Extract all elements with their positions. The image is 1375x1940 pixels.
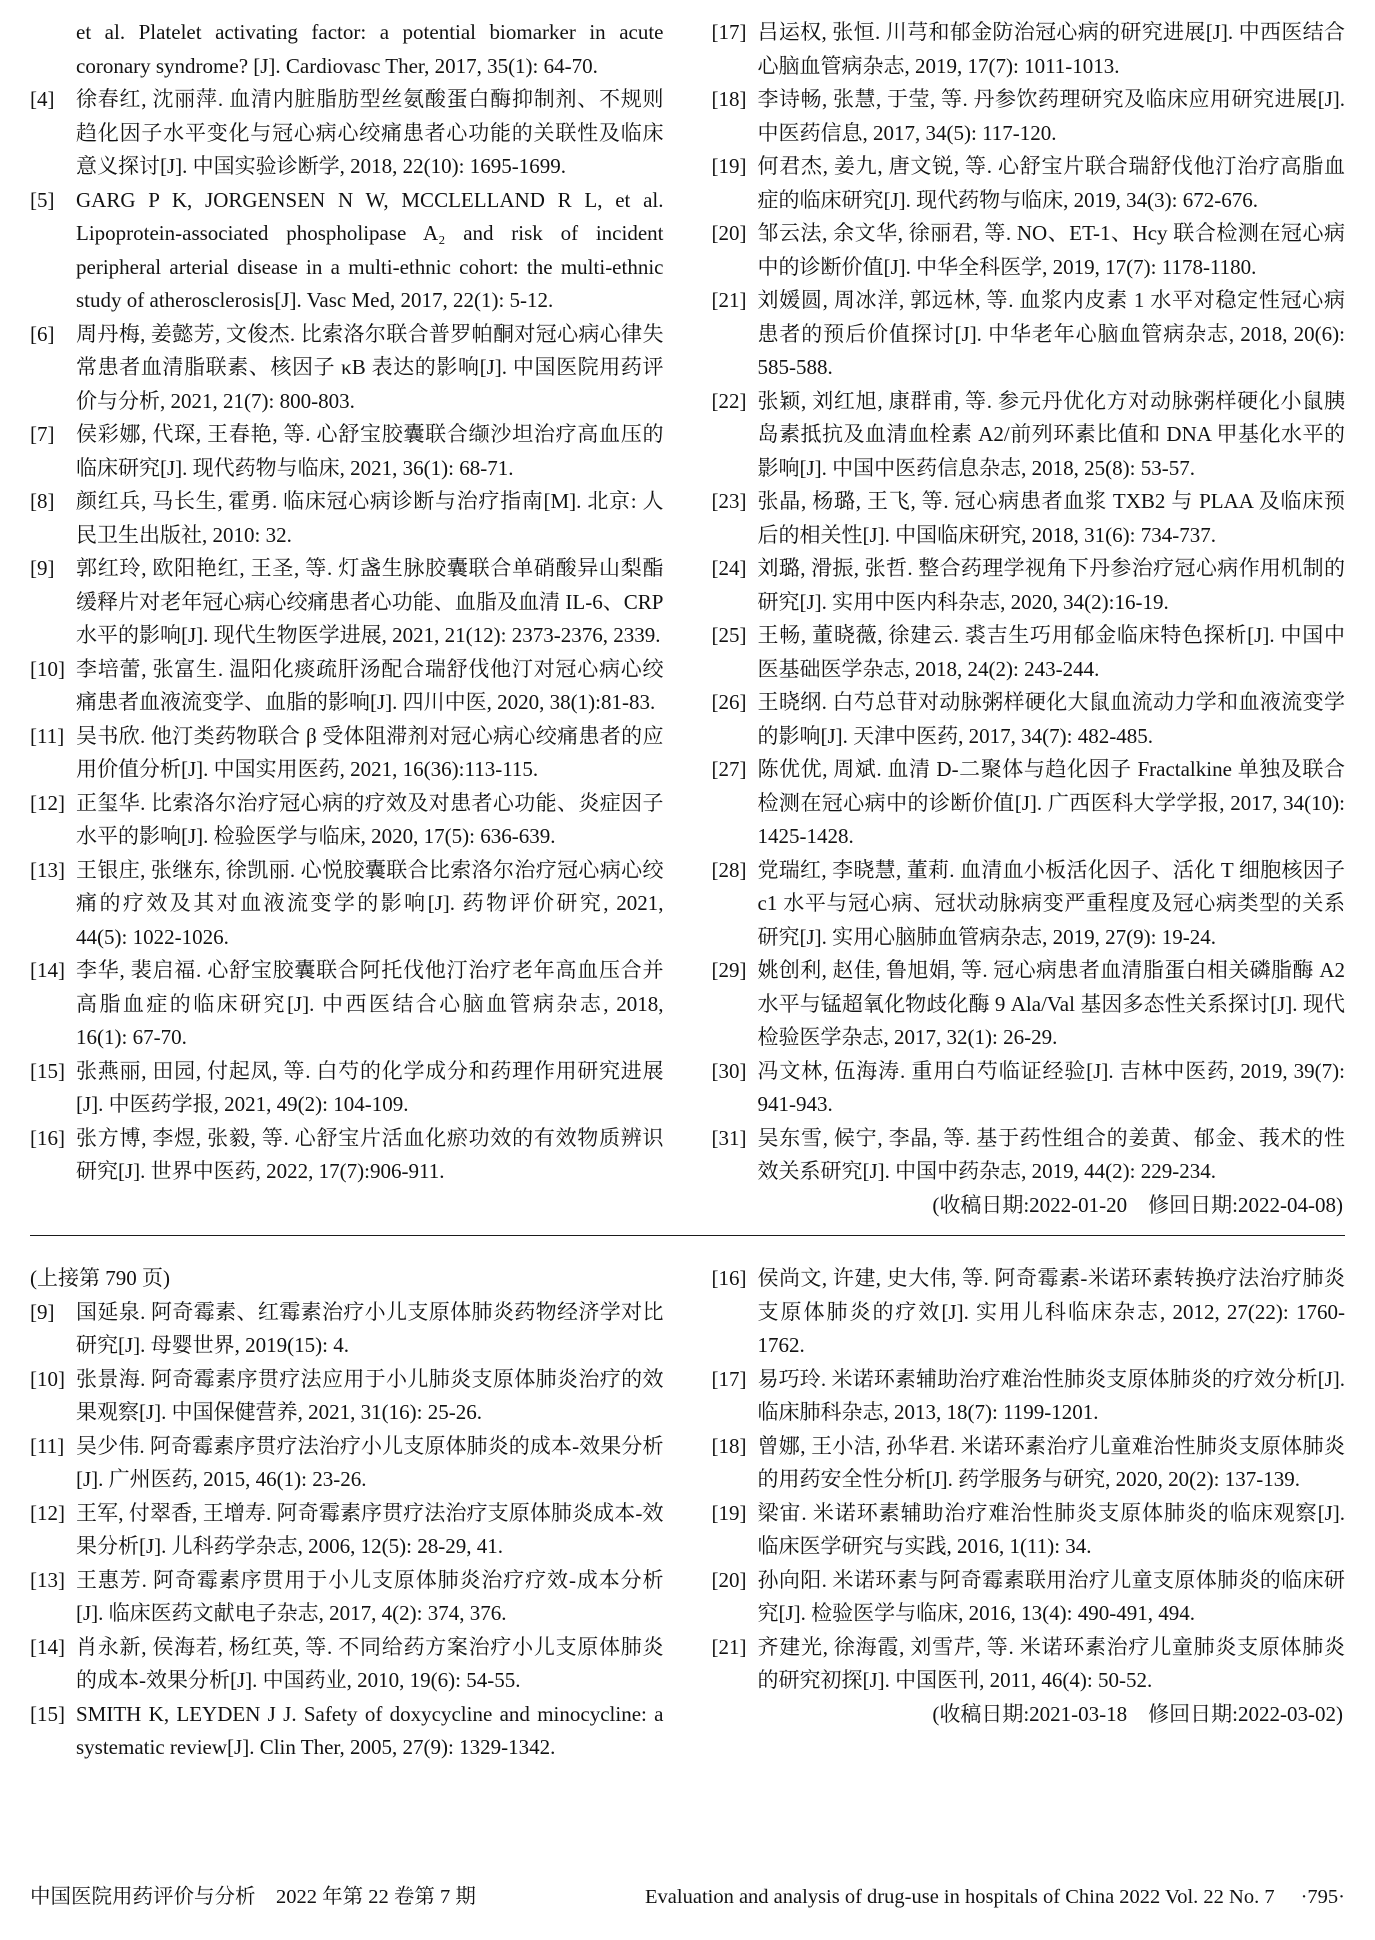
reference-number: [13] <box>30 1564 76 1598</box>
top-references-section: et al. Platelet activating factor: a pot… <box>30 16 1345 1222</box>
reference-item: [22] 张颖, 刘红旭, 康群甫, 等. 参元丹优化方对动脉粥样硬化小鼠胰岛素… <box>712 385 1346 486</box>
section-divider <box>30 1235 1345 1236</box>
reference-number: [25] <box>712 619 758 653</box>
reference-text: 侯彩娜, 代琛, 王春艳, 等. 心舒宝胶囊联合缬沙坦治疗高血压的临床研究[J]… <box>76 418 664 485</box>
reference-text: 党瑞红, 李晓慧, 董莉. 血清血小板活化因子、活化 T 细胞核因子 c1 水平… <box>758 854 1346 955</box>
reference-text: et al. Platelet activating factor: a pot… <box>76 16 664 83</box>
reference-number: [29] <box>712 954 758 988</box>
reference-text: 王晓纲. 白芍总苷对动脉粥样硬化大鼠血流动力学和血液流变学的影响[J]. 天津中… <box>758 686 1346 753</box>
reference-text: 刘媛圆, 周冰洋, 郭远林, 等. 血浆内皮素 1 水平对稳定性冠心病患者的预后… <box>758 284 1346 385</box>
reference-text: 郭红玲, 欧阳艳红, 王圣, 等. 灯盏生脉胶囊联合单硝酸异山梨酯缓释片对老年冠… <box>76 552 664 653</box>
reference-number: [24] <box>712 552 758 586</box>
reference-number: [27] <box>712 753 758 787</box>
reference-number: [10] <box>30 1363 76 1397</box>
reference-number: [21] <box>712 284 758 318</box>
reference-number: [10] <box>30 653 76 687</box>
reference-text: 梁宙. 米诺环素辅助治疗难治性肺炎支原体肺炎的临床观察[J]. 临床医学研究与实… <box>758 1497 1346 1564</box>
reference-number: [13] <box>30 854 76 888</box>
continued-from-note: (上接第 790 页) <box>30 1262 664 1296</box>
reference-item: [20] 孙向阳. 米诺环素与阿奇霉素联用治疗儿童支原体肺炎的临床研究[J]. … <box>712 1564 1346 1631</box>
reference-item: [17] 易巧玲. 米诺环素辅助治疗难治性肺炎支原体肺炎的疗效分析[J]. 临床… <box>712 1363 1346 1430</box>
reference-text: 姚创利, 赵佳, 鲁旭娟, 等. 冠心病患者血清脂蛋白相关磷脂酶 A2 水平与锰… <box>758 954 1346 1055</box>
reference-number: [21] <box>712 1631 758 1665</box>
reference-item: [12] 王军, 付翠香, 王增寿. 阿奇霉素序贯疗法治疗支原体肺炎成本-效果分… <box>30 1497 664 1564</box>
reference-number: [19] <box>712 1497 758 1531</box>
reference-number: [20] <box>712 1564 758 1598</box>
reference-item: [15] SMITH K, LEYDEN J J. Safety of doxy… <box>30 1698 664 1765</box>
reference-text: GARG P K, JORGENSEN N W, MCCLELLAND R L,… <box>76 184 664 318</box>
reference-number: [9] <box>30 1296 76 1330</box>
reference-item: [10] 张景海. 阿奇霉素序贯疗法应用于小儿肺炎支原体肺炎治疗的效果观察[J]… <box>30 1363 664 1430</box>
reference-item: [19] 何君杰, 姜九, 唐文锐, 等. 心舒宝片联合瑞舒伐他汀治疗高脂血症的… <box>712 150 1346 217</box>
reference-text: 颜红兵, 马长生, 霍勇. 临床冠心病诊断与治疗指南[M]. 北京: 人民卫生出… <box>76 485 664 552</box>
reference-text: 张方博, 李煜, 张毅, 等. 心舒宝片活血化瘀功效的有效物质辨识研究[J]. … <box>76 1122 664 1189</box>
footer-right-group: Evaluation and analysis of drug-use in h… <box>645 1882 1345 1912</box>
reference-text: 吴东雪, 候宁, 李晶, 等. 基于药性组合的姜黄、郁金、莪术的性效关系研究[J… <box>758 1122 1346 1189</box>
reference-item: [11] 吴少伟. 阿奇霉素序贯疗法治疗小儿支原体肺炎的成本-效果分析[J]. … <box>30 1430 664 1497</box>
reference-item: [10] 李培蕾, 张富生. 温阳化痰疏肝汤配合瑞舒伐他汀对冠心病心绞痛患者血液… <box>30 653 664 720</box>
reference-text: 冯文林, 伍海涛. 重用白芍临证经验[J]. 吉林中医药, 2019, 39(7… <box>758 1055 1346 1122</box>
top-left-column: et al. Platelet activating factor: a pot… <box>30 16 664 1189</box>
reference-text: 王军, 付翠香, 王增寿. 阿奇霉素序贯疗法治疗支原体肺炎成本-效果分析[J].… <box>76 1497 664 1564</box>
page-footer: 中国医院用药评价与分析 2022 年第 22 卷第 7 期 Evaluation… <box>30 1882 1345 1912</box>
reference-text: 张颖, 刘红旭, 康群甫, 等. 参元丹优化方对动脉粥样硬化小鼠胰岛素抵抗及血清… <box>758 385 1346 486</box>
reference-text: 张晶, 杨璐, 王飞, 等. 冠心病患者血浆 TXB2 与 PLAA 及临床预后… <box>758 485 1346 552</box>
reference-number: [6] <box>30 318 76 352</box>
reference-number: [20] <box>712 217 758 251</box>
received-revised-dates: (收稿日期:2021-03-18 修回日期:2022-03-02) <box>712 1698 1346 1732</box>
reference-item: [9] 国延泉. 阿奇霉素、红霉素治疗小儿支原体肺炎药物经济学对比研究[J]. … <box>30 1296 664 1363</box>
reference-text: 正玺华. 比索洛尔治疗冠心病的疗效及对患者心功能、炎症因子水平的影响[J]. 检… <box>76 787 664 854</box>
reference-number: [12] <box>30 787 76 821</box>
reference-item: [16] 侯尚文, 许建, 史大伟, 等. 阿奇霉素-米诺环素转换疗法治疗肺炎支… <box>712 1262 1346 1363</box>
footer-page-number: ·795· <box>1301 1882 1345 1912</box>
reference-item: [13] 王惠芳. 阿奇霉素序贯用于小儿支原体肺炎治疗疗效-成本分析[J]. 临… <box>30 1564 664 1631</box>
reference-item: [6] 周丹梅, 姜懿芳, 文俊杰. 比索洛尔联合普罗帕酮对冠心病心律失常患者血… <box>30 318 664 419</box>
reference-text: 李诗畅, 张慧, 于莹, 等. 丹参饮药理研究及临床应用研究进展[J]. 中医药… <box>758 83 1346 150</box>
footer-journal-cn: 中国医院用药评价与分析 2022 年第 22 卷第 7 期 <box>30 1882 476 1912</box>
reference-text: 周丹梅, 姜懿芳, 文俊杰. 比索洛尔联合普罗帕酮对冠心病心律失常患者血清脂联素… <box>76 318 664 419</box>
reference-item: [31] 吴东雪, 候宁, 李晶, 等. 基于药性组合的姜黄、郁金、莪术的性效关… <box>712 1122 1346 1189</box>
reference-number: [15] <box>30 1055 76 1089</box>
reference-text: 孙向阳. 米诺环素与阿奇霉素联用治疗儿童支原体肺炎的临床研究[J]. 检验医学与… <box>758 1564 1346 1631</box>
reference-number: [18] <box>712 83 758 117</box>
reference-item: [30] 冯文林, 伍海涛. 重用白芍临证经验[J]. 吉林中医药, 2019,… <box>712 1055 1346 1122</box>
bottom-right-column: [16] 侯尚文, 许建, 史大伟, 等. 阿奇霉素-米诺环素转换疗法治疗肺炎支… <box>712 1262 1346 1731</box>
reference-text: 刘璐, 滑振, 张哲. 整合药理学视角下丹参治疗冠心病作用机制的研究[J]. 实… <box>758 552 1346 619</box>
reference-number: [16] <box>30 1122 76 1156</box>
reference-text: SMITH K, LEYDEN J J. Safety of doxycycli… <box>76 1698 664 1765</box>
reference-item: [21] 刘媛圆, 周冰洋, 郭远林, 等. 血浆内皮素 1 水平对稳定性冠心病… <box>712 284 1346 385</box>
reference-item: [21] 齐建光, 徐海霞, 刘雪芹, 等. 米诺环素治疗儿童肺炎支原体肺炎的研… <box>712 1631 1346 1698</box>
reference-number: [16] <box>712 1262 758 1296</box>
reference-list: [16] 侯尚文, 许建, 史大伟, 等. 阿奇霉素-米诺环素转换疗法治疗肺炎支… <box>712 1262 1346 1698</box>
reference-item: et al. Platelet activating factor: a pot… <box>30 16 664 83</box>
reference-item: [5] GARG P K, JORGENSEN N W, MCCLELLAND … <box>30 184 664 318</box>
reference-item: [8] 颜红兵, 马长生, 霍勇. 临床冠心病诊断与治疗指南[M]. 北京: 人… <box>30 485 664 552</box>
reference-item: [28] 党瑞红, 李晓慧, 董莉. 血清血小板活化因子、活化 T 细胞核因子 … <box>712 854 1346 955</box>
reference-list: [17] 吕运权, 张恒. 川芎和郁金防治冠心病的研究进展[J]. 中西医结合心… <box>712 16 1346 1189</box>
reference-item: [24] 刘璐, 滑振, 张哲. 整合药理学视角下丹参治疗冠心病作用机制的研究[… <box>712 552 1346 619</box>
reference-item: [17] 吕运权, 张恒. 川芎和郁金防治冠心病的研究进展[J]. 中西医结合心… <box>712 16 1346 83</box>
reference-text: 王畅, 董晓薇, 徐建云. 裘吉生巧用郁金临床特色探析[J]. 中国中医基础医学… <box>758 619 1346 686</box>
journal-page: et al. Platelet activating factor: a pot… <box>30 16 1345 1765</box>
reference-text: 李华, 裴启福. 心舒宝胶囊联合阿托伐他汀治疗老年高血压合并高脂血症的临床研究[… <box>76 954 664 1055</box>
reference-text: 吴书欣. 他汀类药物联合 β 受体阻滞剂对冠心病心绞痛患者的应用价值分析[J].… <box>76 720 664 787</box>
reference-number: [11] <box>30 720 76 754</box>
reference-item: [11] 吴书欣. 他汀类药物联合 β 受体阻滞剂对冠心病心绞痛患者的应用价值分… <box>30 720 664 787</box>
reference-text: 曾娜, 王小洁, 孙华君. 米诺环素治疗儿童难治性肺炎支原体肺炎的用药安全性分析… <box>758 1430 1346 1497</box>
reference-item: [9] 郭红玲, 欧阳艳红, 王圣, 等. 灯盏生脉胶囊联合单硝酸异山梨酯缓释片… <box>30 552 664 653</box>
reference-item: [7] 侯彩娜, 代琛, 王春艳, 等. 心舒宝胶囊联合缬沙坦治疗高血压的临床研… <box>30 418 664 485</box>
reference-number: [18] <box>712 1430 758 1464</box>
reference-number: [11] <box>30 1430 76 1464</box>
footer-journal-en: Evaluation and analysis of drug-use in h… <box>645 1882 1275 1912</box>
reference-text: 张景海. 阿奇霉素序贯疗法应用于小儿肺炎支原体肺炎治疗的效果观察[J]. 中国保… <box>76 1363 664 1430</box>
reference-text: 王银庄, 张继东, 徐凯丽. 心悦胶囊联合比索洛尔治疗冠心病心绞痛的疗效及其对血… <box>76 854 664 955</box>
top-right-column: [17] 吕运权, 张恒. 川芎和郁金防治冠心病的研究进展[J]. 中西医结合心… <box>712 16 1346 1222</box>
reference-item: [14] 李华, 裴启福. 心舒宝胶囊联合阿托伐他汀治疗老年高血压合并高脂血症的… <box>30 954 664 1055</box>
reference-item: [29] 姚创利, 赵佳, 鲁旭娟, 等. 冠心病患者血清脂蛋白相关磷脂酶 A2… <box>712 954 1346 1055</box>
reference-number: [23] <box>712 485 758 519</box>
reference-list: [9] 国延泉. 阿奇霉素、红霉素治疗小儿支原体肺炎药物经济学对比研究[J]. … <box>30 1296 664 1765</box>
reference-text: 吴少伟. 阿奇霉素序贯疗法治疗小儿支原体肺炎的成本-效果分析[J]. 广州医药,… <box>76 1430 664 1497</box>
reference-number: [14] <box>30 1631 76 1665</box>
reference-text: 齐建光, 徐海霞, 刘雪芹, 等. 米诺环素治疗儿童肺炎支原体肺炎的研究初探[J… <box>758 1631 1346 1698</box>
reference-item: [4] 徐春红, 沈丽萍. 血清内脏脂肪型丝氨酸蛋白酶抑制剂、不规则趋化因子水平… <box>30 83 664 184</box>
reference-item: [18] 曾娜, 王小洁, 孙华君. 米诺环素治疗儿童难治性肺炎支原体肺炎的用药… <box>712 1430 1346 1497</box>
reference-number: [30] <box>712 1055 758 1089</box>
reference-text: 何君杰, 姜九, 唐文锐, 等. 心舒宝片联合瑞舒伐他汀治疗高脂血症的临床研究[… <box>758 150 1346 217</box>
reference-item: [23] 张晶, 杨璐, 王飞, 等. 冠心病患者血浆 TXB2 与 PLAA … <box>712 485 1346 552</box>
reference-list: et al. Platelet activating factor: a pot… <box>30 16 664 1189</box>
reference-text: 徐春红, 沈丽萍. 血清内脏脂肪型丝氨酸蛋白酶抑制剂、不规则趋化因子水平变化与冠… <box>76 83 664 184</box>
reference-number: [17] <box>712 1363 758 1397</box>
reference-item: [18] 李诗畅, 张慧, 于莹, 等. 丹参饮药理研究及临床应用研究进展[J]… <box>712 83 1346 150</box>
reference-number: [26] <box>712 686 758 720</box>
reference-item: [20] 邹云法, 余文华, 徐丽君, 等. NO、ET-1、Hcy 联合检测在… <box>712 217 1346 284</box>
reference-item: [27] 陈优优, 周斌. 血清 D-二聚体与趋化因子 Fractalkine … <box>712 753 1346 854</box>
reference-text: 易巧玲. 米诺环素辅助治疗难治性肺炎支原体肺炎的疗效分析[J]. 临床肺科杂志,… <box>758 1363 1346 1430</box>
reference-item: [26] 王晓纲. 白芍总苷对动脉粥样硬化大鼠血流动力学和血液流变学的影响[J]… <box>712 686 1346 753</box>
reference-item: [19] 梁宙. 米诺环素辅助治疗难治性肺炎支原体肺炎的临床观察[J]. 临床医… <box>712 1497 1346 1564</box>
reference-number: [31] <box>712 1122 758 1156</box>
received-revised-dates: (收稿日期:2022-01-20 修回日期:2022-04-08) <box>712 1189 1346 1223</box>
reference-number: [4] <box>30 83 76 117</box>
reference-text: 侯尚文, 许建, 史大伟, 等. 阿奇霉素-米诺环素转换疗法治疗肺炎支原体肺炎的… <box>758 1262 1346 1363</box>
reference-item: [13] 王银庄, 张继东, 徐凯丽. 心悦胶囊联合比索洛尔治疗冠心病心绞痛的疗… <box>30 854 664 955</box>
reference-number: [15] <box>30 1698 76 1732</box>
reference-number: [28] <box>712 854 758 888</box>
reference-item: [25] 王畅, 董晓薇, 徐建云. 裘吉生巧用郁金临床特色探析[J]. 中国中… <box>712 619 1346 686</box>
reference-text: 吕运权, 张恒. 川芎和郁金防治冠心病的研究进展[J]. 中西医结合心脑血管病杂… <box>758 16 1346 83</box>
reference-text: 国延泉. 阿奇霉素、红霉素治疗小儿支原体肺炎药物经济学对比研究[J]. 母婴世界… <box>76 1296 664 1363</box>
continued-references-section: (上接第 790 页) [9] 国延泉. 阿奇霉素、红霉素治疗小儿支原体肺炎药物… <box>30 1262 1345 1765</box>
reference-number: [7] <box>30 418 76 452</box>
reference-number: [8] <box>30 485 76 519</box>
reference-number: [22] <box>712 385 758 419</box>
reference-item: [16] 张方博, 李煜, 张毅, 等. 心舒宝片活血化瘀功效的有效物质辨识研究… <box>30 1122 664 1189</box>
reference-number: [5] <box>30 184 76 218</box>
reference-number: [17] <box>712 16 758 50</box>
reference-item: [14] 肖永新, 侯海若, 杨红英, 等. 不同给药方案治疗小儿支原体肺炎的成… <box>30 1631 664 1698</box>
reference-number: [12] <box>30 1497 76 1531</box>
reference-item: [15] 张燕丽, 田园, 付起凤, 等. 白芍的化学成分和药理作用研究进展[J… <box>30 1055 664 1122</box>
reference-text: 张燕丽, 田园, 付起凤, 等. 白芍的化学成分和药理作用研究进展[J]. 中医… <box>76 1055 664 1122</box>
reference-text: 邹云法, 余文华, 徐丽君, 等. NO、ET-1、Hcy 联合检测在冠心病中的… <box>758 217 1346 284</box>
bottom-left-column: (上接第 790 页) [9] 国延泉. 阿奇霉素、红霉素治疗小儿支原体肺炎药物… <box>30 1262 664 1765</box>
reference-item: [12] 正玺华. 比索洛尔治疗冠心病的疗效及对患者心功能、炎症因子水平的影响[… <box>30 787 664 854</box>
reference-number: [14] <box>30 954 76 988</box>
reference-number: [19] <box>712 150 758 184</box>
reference-number: [9] <box>30 552 76 586</box>
reference-text: 王惠芳. 阿奇霉素序贯用于小儿支原体肺炎治疗疗效-成本分析[J]. 临床医药文献… <box>76 1564 664 1631</box>
reference-text: 肖永新, 侯海若, 杨红英, 等. 不同给药方案治疗小儿支原体肺炎的成本-效果分… <box>76 1631 664 1698</box>
reference-text: 陈优优, 周斌. 血清 D-二聚体与趋化因子 Fractalkine 单独及联合… <box>758 753 1346 854</box>
reference-text: 李培蕾, 张富生. 温阳化痰疏肝汤配合瑞舒伐他汀对冠心病心绞痛患者血液流变学、血… <box>76 653 664 720</box>
